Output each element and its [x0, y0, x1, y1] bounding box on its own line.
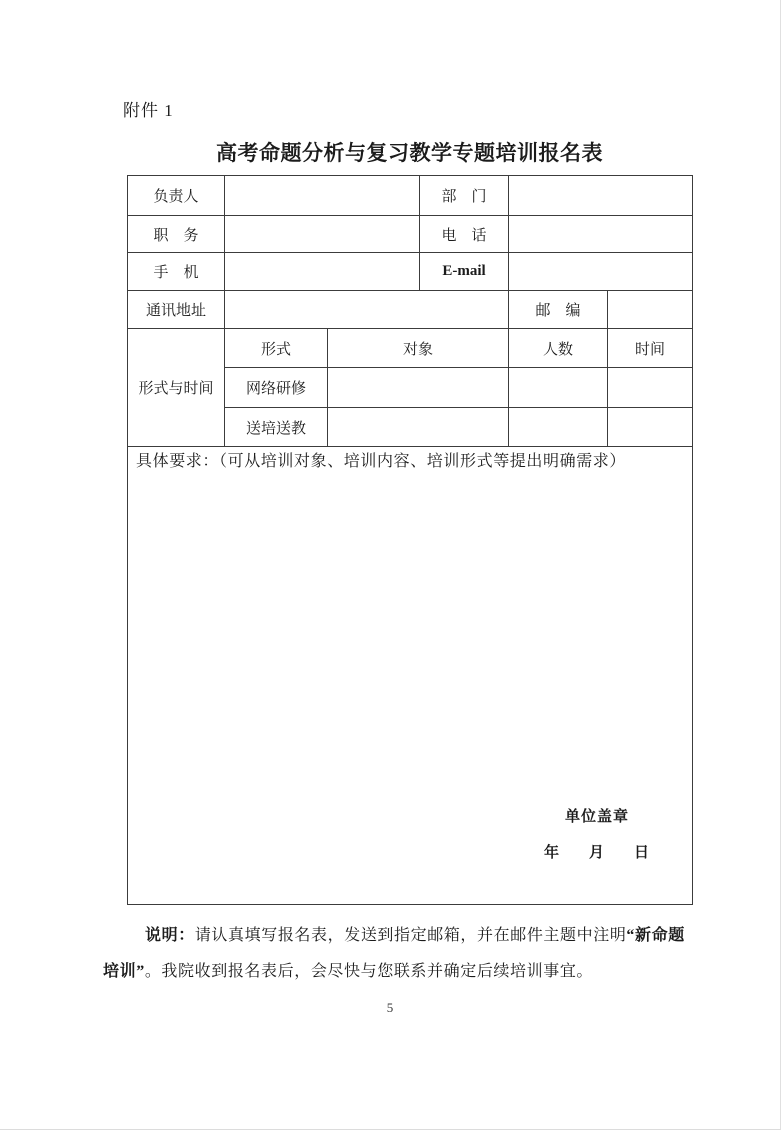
unit-stamp-label: 单位盖章 [565, 805, 629, 826]
schedule-row-online-target-cell [328, 368, 509, 408]
requirements-cell: 具体要求：（可从培训对象、培训内容、培训形式等提出明确需求） 单位盖章 年 月 … [128, 447, 693, 905]
position-label-cell: 职 务 [128, 216, 225, 253]
schedule-section-label-cell: 形式与时间 [128, 329, 225, 447]
mobile-value-cell [225, 253, 420, 291]
schedule-row-onsite-label-cell: 送培送教 [225, 408, 328, 447]
attachment-label: 附件 1 [123, 96, 174, 121]
postcode-value-cell [608, 291, 693, 329]
schedule-header-time-cell: 时间 [608, 329, 693, 368]
schedule-header-form-cell: 形式 [225, 329, 328, 368]
note-text-2: 。我院收到报名表后，会尽快与您联系并确定后续培训事宜。 [145, 963, 593, 980]
email-label-cell: E-mail [420, 253, 509, 291]
note-bold-2: 培训” [103, 963, 145, 980]
scanned-document-page: 附件 1 高考命题分析与复习教学专题培训报名表 负责人 部 门 职 务 电 话 … [0, 0, 781, 1130]
schedule-row-onsite-count-cell [509, 408, 608, 447]
mobile-label-cell: 手 机 [128, 253, 225, 291]
department-label-cell: 部 门 [420, 176, 509, 216]
instructions-note: 说明：请认真填写报名表，发送到指定邮箱，并在邮件主题中注明“新命题 培训”。我院… [103, 918, 697, 990]
table-row: 通讯地址 邮 编 [128, 291, 693, 329]
schedule-row-online-count-cell [509, 368, 608, 408]
registration-form-table: 负责人 部 门 职 务 电 话 手 机 E-mail 通讯地址 邮 编 形式与时… [127, 175, 693, 905]
note-label: 说明： [145, 927, 195, 944]
date-line: 年 月 日 [544, 841, 649, 862]
schedule-header-count-cell: 人数 [509, 329, 608, 368]
position-value-cell [225, 216, 420, 253]
leader-value-cell [225, 176, 420, 216]
schedule-row-online-time-cell [608, 368, 693, 408]
department-value-cell [509, 176, 693, 216]
address-value-cell [225, 291, 509, 329]
phone-value-cell [509, 216, 693, 253]
table-row: 形式与时间 形式 对象 人数 时间 [128, 329, 693, 368]
schedule-row-onsite-time-cell [608, 408, 693, 447]
schedule-row-online-label-cell: 网络研修 [225, 368, 328, 408]
page-number: 5 [0, 1000, 780, 1016]
table-row: 职 务 电 话 [128, 216, 693, 253]
note-line-1: 说明：请认真填写报名表，发送到指定邮箱，并在邮件主题中注明“新命题 [103, 918, 697, 954]
address-label-cell: 通讯地址 [128, 291, 225, 329]
schedule-header-target-cell: 对象 [328, 329, 509, 368]
table-row: 负责人 部 门 [128, 176, 693, 216]
schedule-row-onsite-target-cell [328, 408, 509, 447]
leader-label-cell: 负责人 [128, 176, 225, 216]
phone-label-cell: 电 话 [420, 216, 509, 253]
email-value-cell [509, 253, 693, 291]
note-text-1: 请认真填写报名表，发送到指定邮箱，并在邮件主题中注明 [195, 927, 627, 944]
requirements-label: 具体要求：（可从培训对象、培训内容、培训形式等提出明确需求） [136, 450, 684, 474]
note-line-2: 培训”。我院收到报名表后，会尽快与您联系并确定后续培训事宜。 [103, 954, 697, 990]
note-bold-1: “新命题 [626, 927, 684, 944]
form-title: 高考命题分析与复习教学专题培训报名表 [127, 137, 692, 167]
table-row: 具体要求：（可从培训对象、培训内容、培训形式等提出明确需求） 单位盖章 年 月 … [128, 447, 693, 905]
postcode-label-cell: 邮 编 [509, 291, 608, 329]
table-row: 手 机 E-mail [128, 253, 693, 291]
